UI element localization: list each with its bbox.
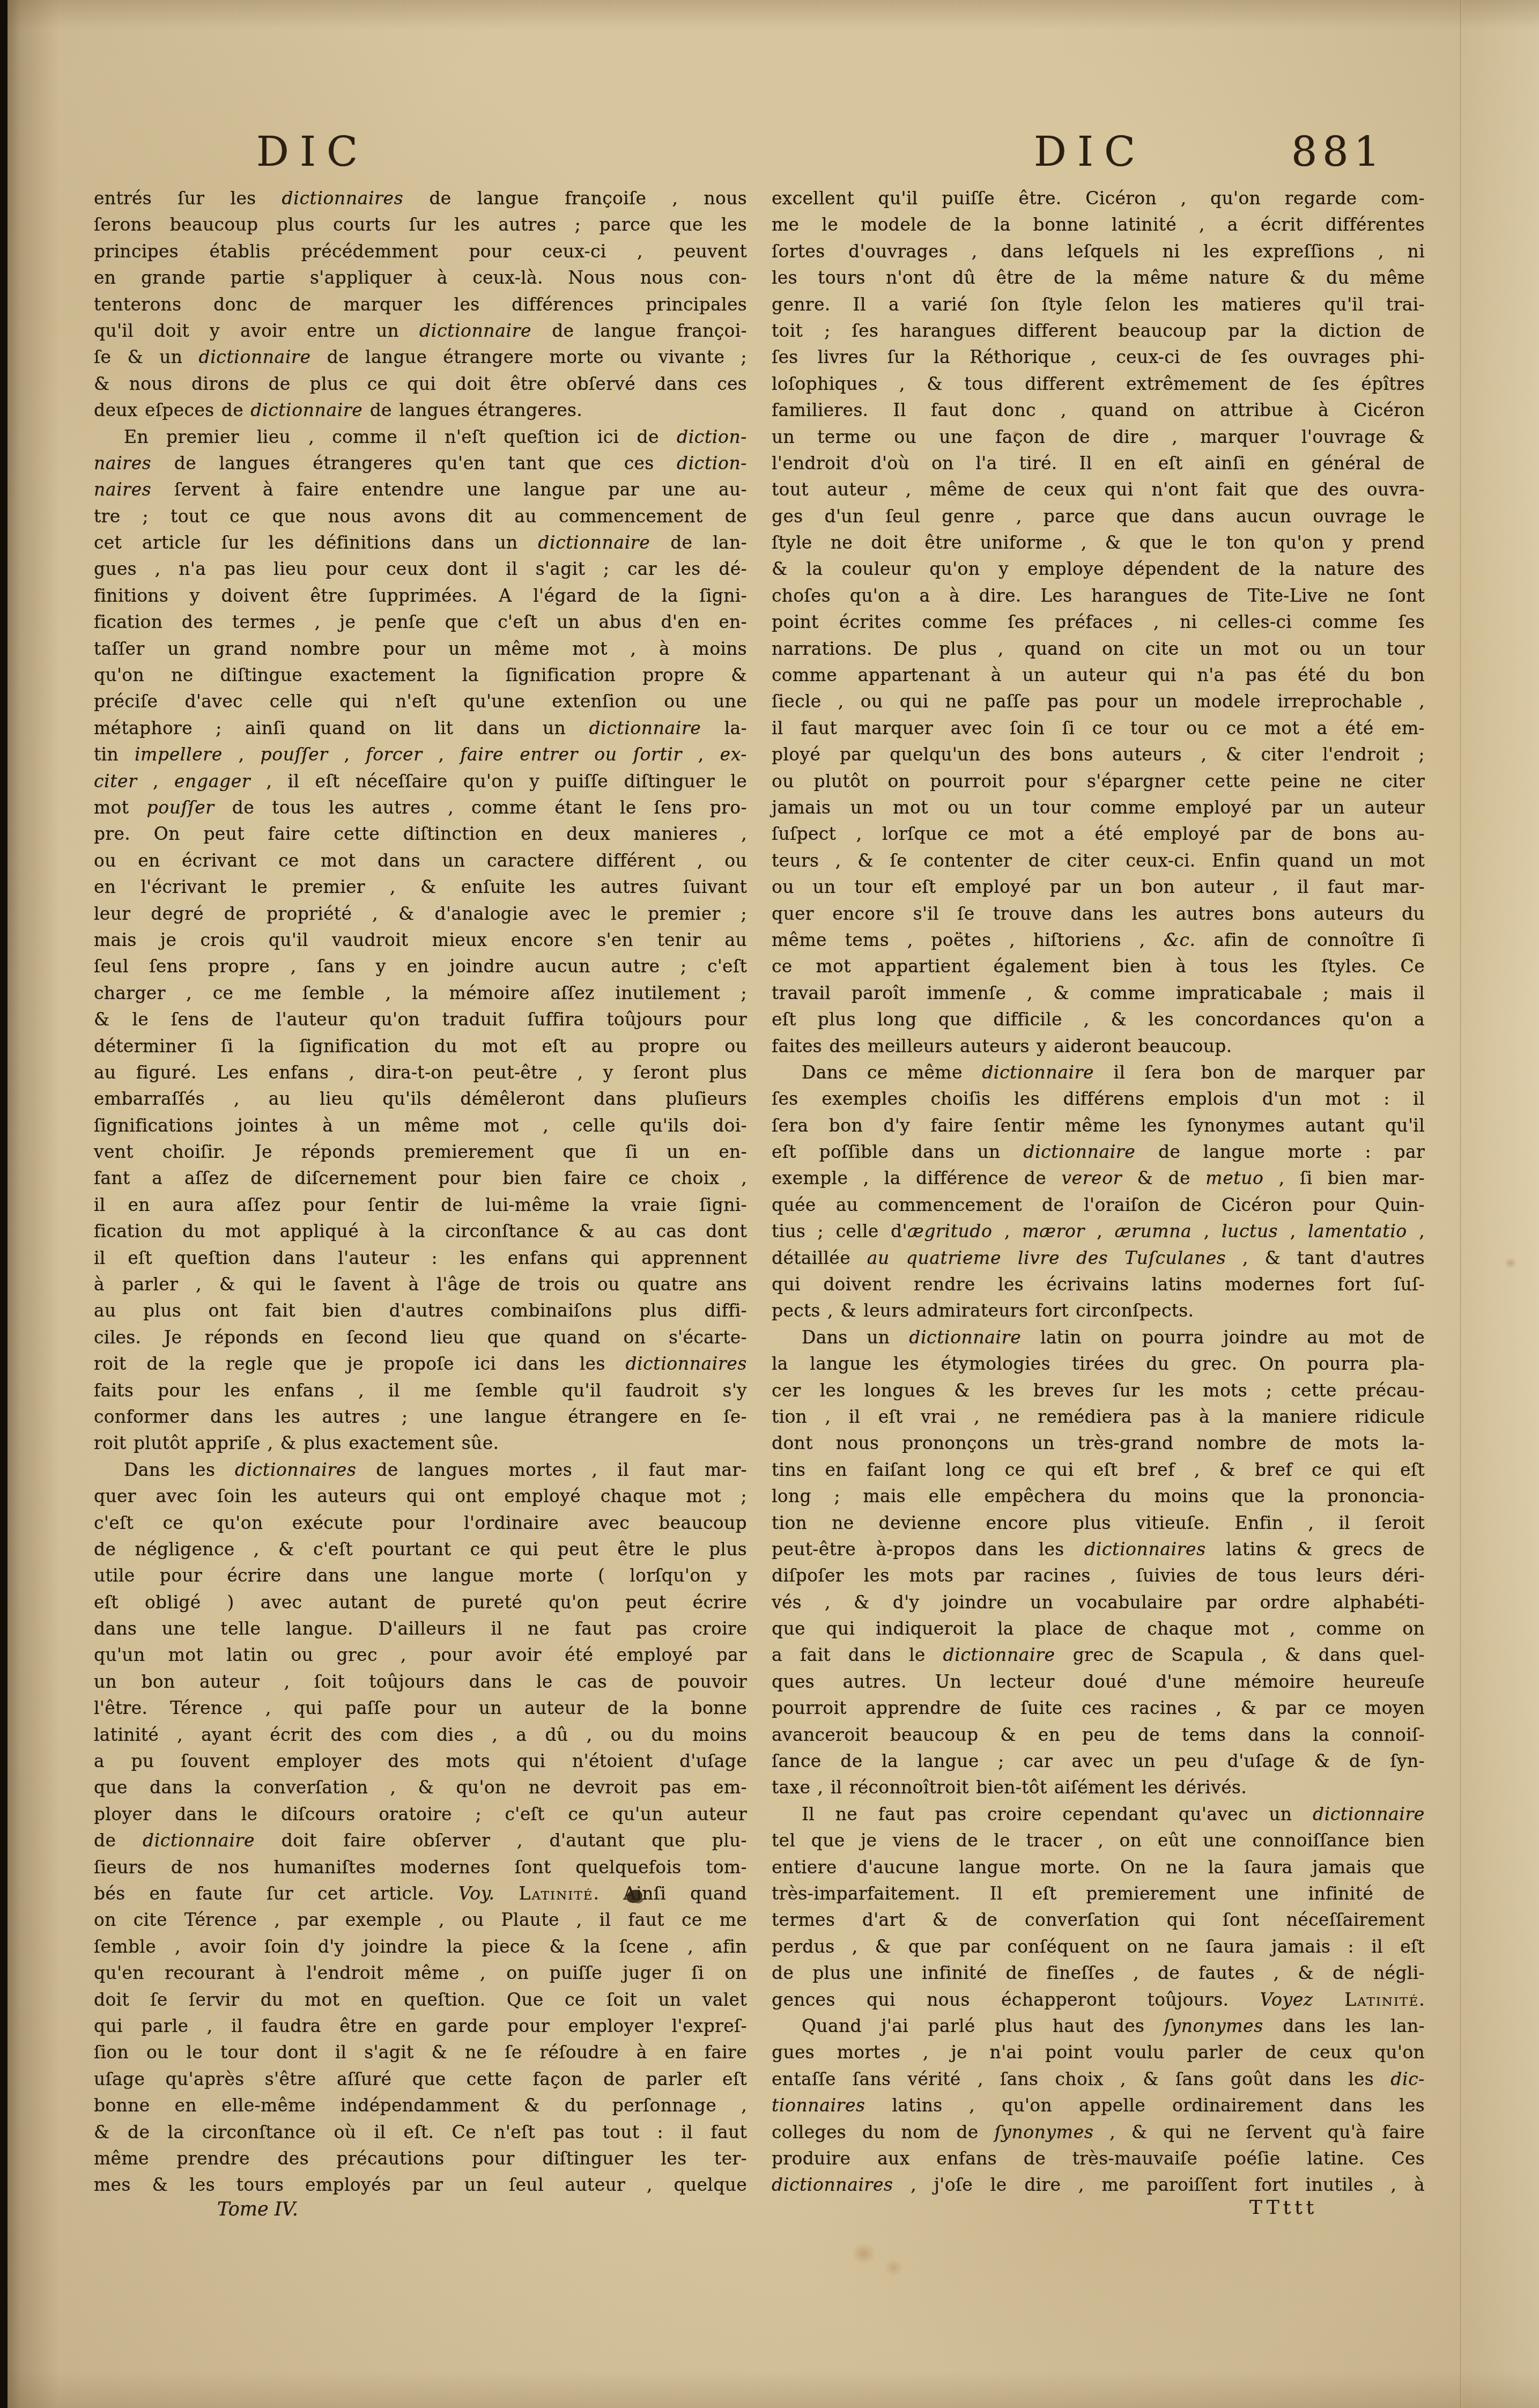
text-line: perdus , & que par conſéquent on ne ſaur…: [772, 1933, 1425, 1960]
text-line: ques autres. Un lecteur doué d'une mémoi…: [772, 1668, 1425, 1695]
text-line: point écrites comme ſes préfaces , ni ce…: [772, 609, 1425, 635]
text-line: produire aux enfans de très-mauvaiſe poé…: [772, 2145, 1425, 2171]
text-line: tius ; celle d'ægritudo , mæror , ærumna…: [772, 1218, 1425, 1244]
running-head-left: DIC: [256, 128, 368, 176]
text-line: teurs , & ſe contenter de citer ceux-ci.…: [772, 847, 1425, 874]
text-line: pourroit apprendre de ſuite ces racines …: [772, 1695, 1425, 1721]
text-line: peut-être à-propos dans les dictionnaire…: [772, 1536, 1425, 1562]
text-line: on cite Térence , par exemple , ou Plaut…: [94, 1907, 747, 1933]
text-line: tenterons donc de marquer les différence…: [94, 291, 747, 317]
text-line: ployé par quelqu'un des bons auteurs , &…: [772, 741, 1425, 767]
text-line: dictionnaires , j'oſe le dire , me paroi…: [772, 2171, 1425, 2198]
text-line: utile pour écrire dans une langue morte …: [94, 1562, 747, 1589]
text-line: colleges du nom de ſynonymes , & qui ne …: [772, 2119, 1425, 2145]
catchword-signature: TTttt: [1249, 2197, 1318, 2219]
text-line: entiere d'aucune langue morte. On ne la …: [772, 1854, 1425, 1880]
foxing-stain: [884, 2259, 903, 2276]
text-line: ſiecle , ou qui ne paſſe pas pour un mod…: [772, 688, 1425, 714]
text-line: familieres. Il faut donc , quand on attr…: [772, 397, 1425, 423]
text-line: pre. On peut faire cette diſtinction en …: [94, 821, 747, 847]
text-line: eſt poſſible dans un dictionnaire de lan…: [772, 1139, 1425, 1165]
text-line: roit plutôt appriſe , & plus exactement …: [94, 1430, 747, 1456]
text-line: au plus ont fait bien d'autres combinaiſ…: [94, 1297, 747, 1324]
text-line: qu'on ne diſtingue exactement la ſignifi…: [94, 662, 747, 688]
text-line: tins en faiſant long ce qui eſt bref , &…: [772, 1457, 1425, 1483]
text-line: ployer dans le diſcours oratoire ; c'eſt…: [94, 1801, 747, 1827]
text-line: citer , engager , il eſt néceſſaire qu'o…: [94, 768, 747, 794]
text-line: que qui indiqueroit la place de chaque m…: [772, 1615, 1425, 1642]
text-line: en l'écrivant le premier , & enſuite les…: [94, 874, 747, 900]
text-line: ſignifications jointes à un même mot , c…: [94, 1112, 747, 1139]
text-line: ſieurs de nos humaniſtes modernes ſont q…: [94, 1854, 747, 1880]
text-line: qu'en recourant à l'endroit même , on pu…: [94, 1960, 747, 1986]
text-line: entrés ſur les dictionnaires de langue f…: [94, 185, 747, 211]
text-line: qui doivent rendre les écrivains latins …: [772, 1271, 1425, 1297]
text-line: taxe , il réconnoîtroit bien-tôt aiſémen…: [772, 1774, 1425, 1800]
text-line: ſion ou le tour dont il s'agit & ne ſe r…: [94, 2039, 747, 2065]
text-line: la langue les étymologies tirées du grec…: [772, 1350, 1425, 1377]
text-line: tionnaires latins , qu'on appelle ordina…: [772, 2092, 1425, 2118]
text-line: même prendre des précautions pour diſtin…: [94, 2145, 747, 2171]
text-line: de négligence , & c'eſt pourtant ce qui …: [94, 1536, 747, 1562]
text-line: & nous dirons de plus ce qui doit être o…: [94, 371, 747, 397]
text-line: exemple , la différence de vereor & de m…: [772, 1165, 1425, 1191]
text-line: deux eſpeces de dictionnaire de langues …: [94, 397, 747, 423]
text-line: mot pouſſer de tous les autres , comme é…: [94, 794, 747, 821]
text-line: gues mortes , je n'ai point voulu parler…: [772, 2039, 1425, 2065]
text-line: faits pour les enfans , il me ſemble qu'…: [94, 1377, 747, 1404]
text-line: cet article ſur les définitions dans un …: [94, 529, 747, 556]
text-line: conformer dans les autres ; une langue é…: [94, 1404, 747, 1430]
text-line: ſance de la langue ; car avec un peu d'u…: [772, 1748, 1425, 1774]
text-line: ges d'un ſeul genre , parce que dans auc…: [772, 503, 1425, 529]
text-line: dans une telle langue. D'ailleurs il ne …: [94, 1615, 747, 1642]
text-line: diſpoſer les mots par racines , ſuivies …: [772, 1562, 1425, 1589]
text-line: & de la circonſtance où il eſt. Ce n'eſt…: [94, 2119, 747, 2145]
text-line: métaphore ; ainſi quand on lit dans un d…: [94, 715, 747, 741]
text-line: ce mot appartient également bien à tous …: [772, 953, 1425, 979]
text-line: tre ; tout ce que nous avons dit au comm…: [94, 503, 747, 529]
text-line: roit de la regle que je propoſe ici dans…: [94, 1350, 747, 1377]
running-head-right: DIC: [1034, 128, 1146, 176]
text-line: quer avec ſoin les auteurs qui ont emplo…: [94, 1483, 747, 1509]
text-line: ſes exemples choiſis les différens emplo…: [772, 1085, 1425, 1112]
text-line: excellent qu'il puiſſe être. Cicéron , q…: [772, 185, 1425, 211]
text-line: finitions y doivent être ſupprimées. A l…: [94, 582, 747, 609]
text-line: charger , ce me ſemble , la mémoire aſſe…: [94, 980, 747, 1006]
text-line: uſage qu'après s'être aſſuré que cette f…: [94, 2066, 747, 2092]
text-line: doit ſe ſervir du mot en queſtion. Que c…: [94, 1986, 747, 2013]
text-line: En premier lieu , comme il n'eſt queſtio…: [94, 424, 747, 450]
scanned-book-page: DIC DIC 881 entrés ſur les dictionnaires…: [0, 0, 1539, 2408]
foxing-stain: [852, 2243, 876, 2264]
text-line: déterminer ſi la ſignification du mot eſ…: [94, 1033, 747, 1059]
text-line: avanceroit beaucoup & en peu de tems dan…: [772, 1722, 1425, 1748]
text-line: Dans ce même dictionnaire il ſera bon de…: [772, 1059, 1425, 1085]
text-line: au figuré. Les enfans , dira-t-on peut-ê…: [94, 1059, 747, 1085]
text-line: ou plutôt on pourroit pour s'épargner ce…: [772, 768, 1425, 794]
text-line: détaillée au quatrieme livre des Tuſcula…: [772, 1245, 1425, 1271]
text-line: a pu ſouvent employer des mots qui n'éto…: [94, 1748, 747, 1774]
text-line: leur degré de propriété , & d'analogie a…: [94, 900, 747, 927]
text-line: toit ; ſes harangues different beaucoup …: [772, 317, 1425, 344]
page-edge-crease: [1460, 0, 1462, 2408]
text-line: a fait dans le dictionnaire grec de Scap…: [772, 1642, 1425, 1668]
text-line: de plus une infinité de fineſſes , de fa…: [772, 1960, 1425, 1986]
text-line: termes d'art & de converſation qui ſont …: [772, 1907, 1425, 1933]
text-line: il en aura aſſez pour ſentir de lui-même…: [94, 1192, 747, 1218]
text-line: faites des meilleurs auteurs y aideront …: [772, 1033, 1425, 1059]
text-line: un bon auteur , ſoit toûjours dans le ca…: [94, 1668, 747, 1695]
text-line: mes & les tours employés par un ſeul aut…: [94, 2171, 747, 2198]
text-columns: entrés ſur les dictionnaires de langue f…: [94, 185, 1425, 2198]
column-left: entrés ſur les dictionnaires de langue f…: [94, 185, 747, 2198]
text-line: qui parle , il faudra être en garde pour…: [94, 2013, 747, 2039]
text-line: même tems , poëtes , hiſtoriens , &c. af…: [772, 927, 1425, 953]
text-line: cer les longues & les breves ſur les mot…: [772, 1377, 1425, 1404]
text-line: loſophiques , & tous different extrêmeme…: [772, 371, 1425, 397]
text-line: comme appartenant à un auteur qui n'a pa…: [772, 662, 1425, 688]
text-line: tout auteur , même de ceux qui n'ont fai…: [772, 476, 1425, 503]
text-line: l'endroit d'où on l'a tiré. Il en eſt ai…: [772, 450, 1425, 476]
text-line: naires de langues étrangeres qu'en tant …: [94, 450, 747, 476]
text-line: fication des termes , je penſe que c'eſt…: [94, 609, 747, 635]
text-line: gues , n'a pas lieu pour ceux dont il s'…: [94, 556, 747, 582]
text-line: tion , il eſt vrai , ne remédiera pas à …: [772, 1404, 1425, 1430]
text-line: bés en faute ſur cet article. Voy. Latin…: [94, 1880, 747, 1907]
text-line: en grande partie s'appliquer à ceux-là. …: [94, 264, 747, 291]
text-line: les tours n'ont dû être de la même natur…: [772, 264, 1425, 291]
text-line: Il ne faut pas croire cependant qu'avec …: [772, 1801, 1425, 1827]
text-line: très-imparfaitement. Il eſt premierement…: [772, 1880, 1425, 1907]
text-line: ſtyle ne doit être uniforme , & que le t…: [772, 529, 1425, 556]
text-line: jamais un mot ou un tour comme employé p…: [772, 794, 1425, 821]
text-line: embarraſſés , au lieu qu'ils démêleront …: [94, 1085, 747, 1112]
text-line: principes établis précédemment pour ceux…: [94, 238, 747, 264]
page-number: 881: [1291, 128, 1385, 176]
text-line: ſerons beaucoup plus courts ſur les autr…: [94, 211, 747, 238]
text-line: naires ſervent à faire entendre une lang…: [94, 476, 747, 503]
text-line: bonne en elle-même indépendamment & du p…: [94, 2092, 747, 2118]
text-line: eſt obligé ) avec autant de pureté qu'on…: [94, 1589, 747, 1615]
text-line: me le modele de la bonne latinité , a éc…: [772, 211, 1425, 238]
column-right: excellent qu'il puiſſe être. Cicéron , q…: [772, 185, 1425, 2198]
binding-edge-shadow: [0, 0, 8, 2408]
text-line: ſe & un dictionnaire de langue étrangere…: [94, 344, 747, 370]
text-line: qu'un mot latin ou grec , pour avoir été…: [94, 1642, 747, 1668]
text-line: il faut marquer avec ſoin ſi ce tour ou …: [772, 715, 1425, 741]
text-line: genre. Il a varié ſon ſtyle ſelon les ma…: [772, 291, 1425, 317]
text-line: ou un tour eſt employé par un bon auteur…: [772, 874, 1425, 900]
text-line: latinité , ayant écrit des com dies , a …: [94, 1722, 747, 1748]
text-line: Quand j'ai parlé plus haut des ſynonymes…: [772, 2013, 1425, 2039]
text-line: Dans les dictionnaires de langues mortes…: [94, 1457, 747, 1483]
text-line: à parler , & qui le ſavent à l'âge de tr…: [94, 1271, 747, 1297]
text-line: un terme ou une façon de dire , marquer …: [772, 424, 1425, 450]
text-line: ſortes d'ouvrages , dans leſquels ni les…: [772, 238, 1425, 264]
text-line: qu'il doit y avoir entre un dictionnaire…: [94, 317, 747, 344]
text-line: tin impellere , pouſſer , forcer , faire…: [94, 741, 747, 767]
text-line: vent choiſir. Je réponds premierement qu…: [94, 1139, 747, 1165]
text-line: c'eſt ce qu'on exécute pour l'ordinaire …: [94, 1510, 747, 1536]
text-line: de dictionnaire doit faire obſerver , d'…: [94, 1827, 747, 1853]
text-line: que dans la converſation , & qu'on ne de…: [94, 1774, 747, 1800]
text-line: ciles. Je réponds en ſecond lieu que qua…: [94, 1324, 747, 1350]
text-line: ſeul ſens propre , ſans y en joindre auc…: [94, 953, 747, 979]
text-line: ſemble , avoir ſoin d'y joindre la piece…: [94, 1933, 747, 1960]
text-line: fant a aſſez de diſcernement pour bien f…: [94, 1165, 747, 1191]
text-line: travail paroît immenſe , & comme imprati…: [772, 980, 1425, 1006]
text-line: vés , & d'y joindre un vocabulaire par o…: [772, 1589, 1425, 1615]
text-line: dont nous prononçons un très-grand nombr…: [772, 1430, 1425, 1456]
text-line: mais je crois qu'il vaudroit mieux encor…: [94, 927, 747, 953]
text-line: long ; mais elle empêchera du moins que …: [772, 1483, 1425, 1509]
text-line: & le ſens de l'auteur qu'on traduit ſuff…: [94, 1006, 747, 1032]
text-line: narrations. De plus , quand on cite un m…: [772, 636, 1425, 662]
text-line: ſuſpect , lorſque ce mot a été employé p…: [772, 821, 1425, 847]
text-line: préciſe d'avec celle qui n'eſt qu'une ex…: [94, 688, 747, 714]
text-line: taſſer un grand nombre pour un même mot …: [94, 636, 747, 662]
text-line: Dans un dictionnaire latin on pourra joi…: [772, 1324, 1425, 1350]
text-line: pects , & leurs admirateurs fort circonſ…: [772, 1297, 1425, 1324]
text-line: quer encore s'il ſe trouve dans les autr…: [772, 900, 1425, 927]
text-line: ſes livres ſur la Réthorique , ceux-ci d…: [772, 344, 1425, 370]
text-line: gences qui nous échapperont toûjours. Vo…: [772, 1986, 1425, 2013]
text-line: tion ne devienne encore plus vitieuſe. E…: [772, 1510, 1425, 1536]
text-line: choſes qu'on a à dire. Les harangues de …: [772, 582, 1425, 609]
text-line: fication du mot appliqué à la circonſtan…: [94, 1218, 747, 1244]
foxing-stain: [1505, 1258, 1516, 1268]
text-line: il eſt queſtion dans l'auteur : les enfa…: [94, 1245, 747, 1271]
text-line: ſera bon d'y faire ſentir même les ſynon…: [772, 1112, 1425, 1139]
text-line: l'être. Térence , qui paſſe pour un aute…: [94, 1695, 747, 1721]
text-line: ou en écrivant ce mot dans un caractere …: [94, 847, 747, 874]
text-line: tel que je viens de le tracer , on eût u…: [772, 1827, 1425, 1853]
text-line: & la couleur qu'on y employe dépendent d…: [772, 556, 1425, 582]
text-line: entaſſe ſans vérité , ſans choix , & ſan…: [772, 2066, 1425, 2092]
text-line: eſt plus long que difficile , & les conc…: [772, 1006, 1425, 1032]
volume-signature: Tome IV.: [217, 2199, 298, 2220]
text-line: quée au commencement de l'oraiſon de Cic…: [772, 1192, 1425, 1218]
